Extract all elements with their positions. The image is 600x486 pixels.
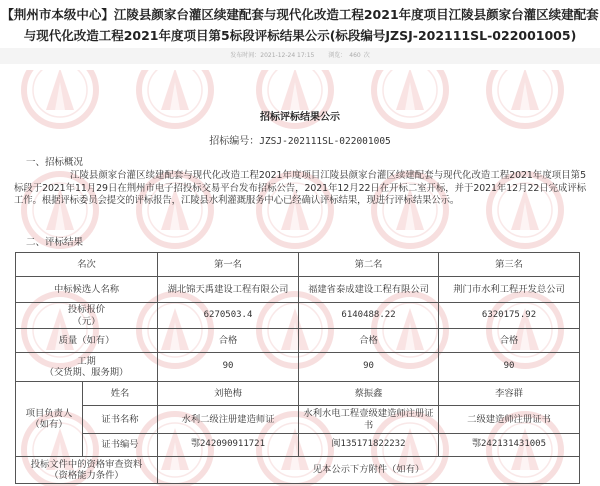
views-value: 460 bbox=[349, 52, 360, 59]
label-cert-name: 证书名称 bbox=[83, 406, 158, 434]
view-count: 浏览：460次 bbox=[328, 52, 369, 59]
cert-no-3: 鄂242131431005 bbox=[439, 434, 580, 457]
page-title: 【荆州市本级中心】江陵县颜家台灌区续建配套与现代化改造工程2021年度项目江陵县… bbox=[0, 4, 600, 46]
label-manager-name: 姓名 bbox=[83, 382, 158, 406]
label-price: 投标报价（元） bbox=[16, 303, 158, 329]
table-row-price: 投标报价（元） 6270503.4 6140488.22 6320175.92 bbox=[16, 303, 580, 329]
views-label: 浏览： bbox=[328, 52, 346, 59]
manager-name-3: 李容群 bbox=[439, 382, 580, 406]
duration-1: 90 bbox=[158, 353, 299, 382]
price-2: 6140488.22 bbox=[299, 303, 439, 329]
quality-2: 合格 bbox=[299, 329, 439, 353]
label-candidate: 中标候选人名称 bbox=[16, 277, 158, 303]
candidate-2: 福建省泰成建设工程有限公司 bbox=[299, 277, 439, 303]
table-row-candidate: 中标候选人名称 湖北锦天禹建设工程有限公司 福建省泰成建设工程有限公司 荆门市水… bbox=[16, 277, 580, 303]
announcement-page: 【荆州市本级中心】江陵县颜家台灌区续建配套与现代化改造工程2021年度项目江陵县… bbox=[0, 0, 600, 486]
cert-no-1: 鄂242090911721 bbox=[158, 434, 299, 457]
table-row-cert-name: 证书名称 水利二级注册建造师证 水利水电工程壹级建造师注册证书 二级建造师注册证… bbox=[16, 406, 580, 434]
cert-name-2: 水利水电工程壹级建造师注册证书 bbox=[299, 406, 439, 434]
quality-1: 合格 bbox=[158, 329, 299, 353]
price-1: 6270503.4 bbox=[158, 303, 299, 329]
label-duration-line2: （交货期、服务期） bbox=[18, 367, 155, 379]
header-rank: 名次 bbox=[16, 253, 158, 277]
table-row-qualification: 投标文件中的资格审查资料（资格能力条件） 见本公示下方附件（如有） bbox=[16, 457, 580, 484]
label-manager-line1: 项目负责人 bbox=[18, 408, 80, 420]
bid-number-label: 招标编号： bbox=[209, 136, 259, 147]
qualification-value: 见本公示下方附件（如有） bbox=[158, 457, 580, 484]
table-row-cert-no: 证书编号 鄂242090911721 闽135171822232 鄂242131… bbox=[16, 434, 580, 457]
cert-no-2: 闽135171822232 bbox=[299, 434, 439, 457]
table-row-duration: 工期（交货期、服务期） 90 90 90 bbox=[16, 353, 580, 382]
label-duration: 工期（交货期、服务期） bbox=[16, 353, 158, 382]
publish-label: 发布时间： bbox=[230, 52, 260, 59]
table-row-quality: 质量（如有） 合格 合格 合格 bbox=[16, 329, 580, 353]
price-3: 6320175.92 bbox=[439, 303, 580, 329]
section-overview-title: 一、招标概况 bbox=[26, 154, 83, 168]
publish-time: 发布时间：2021-12-24 17:15 bbox=[230, 52, 314, 59]
notice-heading: 招标评标结果公示 bbox=[0, 108, 600, 123]
meta-bar: 发布时间：2021-12-24 17:15 浏览：460次 bbox=[0, 48, 600, 64]
duration-2: 90 bbox=[299, 353, 439, 382]
table-row-manager-name: 项目负责人（如有） 姓名 刘艳梅 蔡振鑫 李容群 bbox=[16, 382, 580, 406]
header-third: 第三名 bbox=[439, 253, 580, 277]
publish-time-value: 2021-12-24 17:15 bbox=[260, 52, 314, 59]
manager-name-1: 刘艳梅 bbox=[158, 382, 299, 406]
table-header-row: 名次 第一名 第二名 第三名 bbox=[16, 253, 580, 277]
candidate-1: 湖北锦天禹建设工程有限公司 bbox=[158, 277, 299, 303]
label-manager: 项目负责人（如有） bbox=[16, 382, 83, 457]
cert-name-3: 二级建造师注册证书 bbox=[439, 406, 580, 434]
quality-3: 合格 bbox=[439, 329, 580, 353]
label-qualification: 投标文件中的资格审查资料（资格能力条件） bbox=[16, 457, 158, 484]
header-first: 第一名 bbox=[158, 253, 299, 277]
duration-3: 90 bbox=[439, 353, 580, 382]
label-manager-line2: （如有） bbox=[18, 419, 80, 431]
bid-number-value: JZSJ-202111SL-022001005 bbox=[259, 136, 391, 147]
label-cert-no: 证书编号 bbox=[83, 434, 158, 457]
bid-number: 招标编号：JZSJ-202111SL-022001005 bbox=[0, 132, 600, 147]
section-overview-body: 江陵县颜家台灌区续建配套与现代化改造工程2021年度项目江陵县颜家台灌区续建配套… bbox=[14, 170, 586, 208]
manager-name-2: 蔡振鑫 bbox=[299, 382, 439, 406]
label-quality: 质量（如有） bbox=[16, 329, 158, 353]
results-table: 名次 第一名 第二名 第三名 中标候选人名称 湖北锦天禹建设工程有限公司 福建省… bbox=[15, 252, 580, 484]
cert-name-1: 水利二级注册建造师证 bbox=[158, 406, 299, 434]
label-duration-line1: 工期 bbox=[18, 356, 155, 368]
label-qualification-line1: 投标文件中的资格审查资料 bbox=[18, 459, 155, 471]
candidate-3: 荆门市水利工程开发总公司 bbox=[439, 277, 580, 303]
header-second: 第二名 bbox=[299, 253, 439, 277]
label-price-line2: （元） bbox=[18, 316, 155, 328]
views-unit: 次 bbox=[364, 52, 370, 59]
label-qualification-line2: （资格能力条件） bbox=[18, 470, 155, 482]
label-price-line1: 投标报价 bbox=[18, 304, 155, 316]
section-results-title: 二、评标结果 bbox=[26, 234, 83, 248]
